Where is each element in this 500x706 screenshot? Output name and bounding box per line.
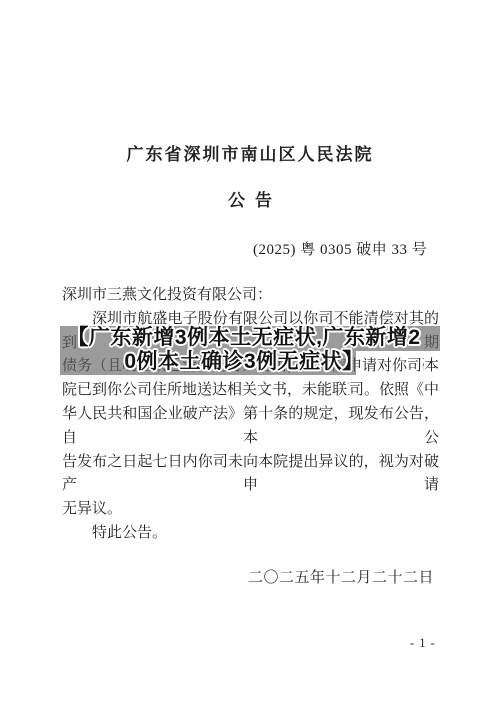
body-line: 告发布之日起七日内你司未向本院提出异议的，视为对破产申请	[62, 451, 439, 499]
closing-line: 特此公告。	[62, 522, 439, 546]
line-visible-end: 司。依照《中	[349, 379, 439, 403]
court-title: 广东省深圳市南山区人民法院	[0, 140, 500, 165]
caption-line: 【广东新增3例本土无症状,广东新增2	[0, 326, 494, 350]
page-number: - 1 -	[410, 636, 436, 651]
body-line-obscured: 院已到你公 司住所地送达相关文书，未能联系上你公 司。依照《中	[62, 379, 439, 403]
overlay-caption: 【广东新增3例本土无症状,广东新增2 0例本土确诊3例无症状】	[0, 326, 494, 373]
body-text-block: 深圳市三燕文化投资有限公司： 深圳市航盛电子股份有限公司以你司不能清偿对其的到期…	[62, 284, 439, 546]
document-page: 广东省深圳市南山区人民法院 公告 (2025) 粤 0305 破申 33 号 深…	[0, 0, 500, 706]
body-line: 华人民共和国企业破产法》第十条的规定，现发布公告，自本公	[62, 403, 439, 451]
line-obscured-middle: 司住所地送达相关文书，未能联系上你公	[137, 379, 349, 403]
greeting-line: 深圳市三燕文化投资有限公司：	[62, 284, 439, 308]
body-line: 无异议。	[62, 498, 439, 522]
date-line: 二〇二五年十二月二十二日	[248, 566, 434, 587]
doc-type-title: 公告	[0, 186, 500, 211]
case-number: (2025) 粤 0305 破申 33 号	[253, 238, 427, 259]
caption-line: 0例本土确诊3例无症状】	[0, 350, 494, 374]
line-visible-start: 院已到你公	[62, 379, 137, 403]
